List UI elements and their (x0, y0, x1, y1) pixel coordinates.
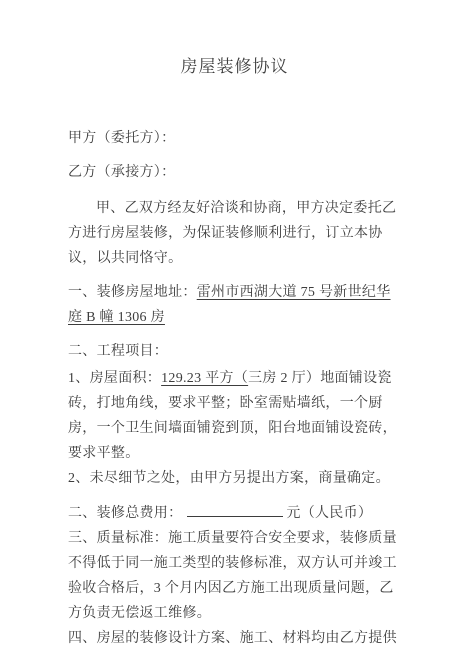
address-clause-prefix: 一、装修房屋地址： (68, 285, 197, 300)
design-clause: 四、房屋的装修设计方案、施工、材料均由乙方提供 (68, 626, 401, 651)
fee-clause: 二、装修总费用：元（人民币） (68, 501, 401, 526)
fee-blank-field (187, 501, 283, 517)
area-value: 129.23 平方（ (161, 371, 248, 386)
project-heading: 二、工程项目： (68, 339, 401, 364)
party-b-line: 乙方（承接方）： (68, 160, 401, 185)
fee-clause-suffix: 元（人民币） (286, 506, 372, 521)
party-a-line: 甲方（委托方）： (68, 126, 401, 151)
area-item-prefix: 1、房屋面积： (68, 371, 161, 386)
fee-clause-prefix: 二、装修总费用： (68, 506, 182, 521)
intro-paragraph: 甲、乙双方经友好洽谈和协商，甲方决定委托乙方进行房屋装修，为保证装修顺利进行，订… (68, 196, 401, 271)
project-item-details: 2、未尽细节之处，由甲方另提出方案，商量确定。 (68, 466, 401, 491)
document-page: 房屋装修协议 甲方（委托方）： 乙方（承接方）： 甲、乙双方经友好洽谈和协商，甲… (0, 0, 463, 655)
project-item-area: 1、房屋面积：129.23 平方（三房 2 厅）地面铺设瓷砖，打地角线，要求平整… (68, 366, 401, 466)
document-title: 房屋装修协议 (68, 0, 401, 79)
quality-clause: 三、质量标准：施工质量要符合安全要求，装修质量不得低于同一施工类型的装修标准，双… (68, 526, 401, 626)
address-clause: 一、装修房屋地址：雷州市西湖大道 75 号新世纪华庭 B 幢 1306 房 (68, 280, 401, 330)
